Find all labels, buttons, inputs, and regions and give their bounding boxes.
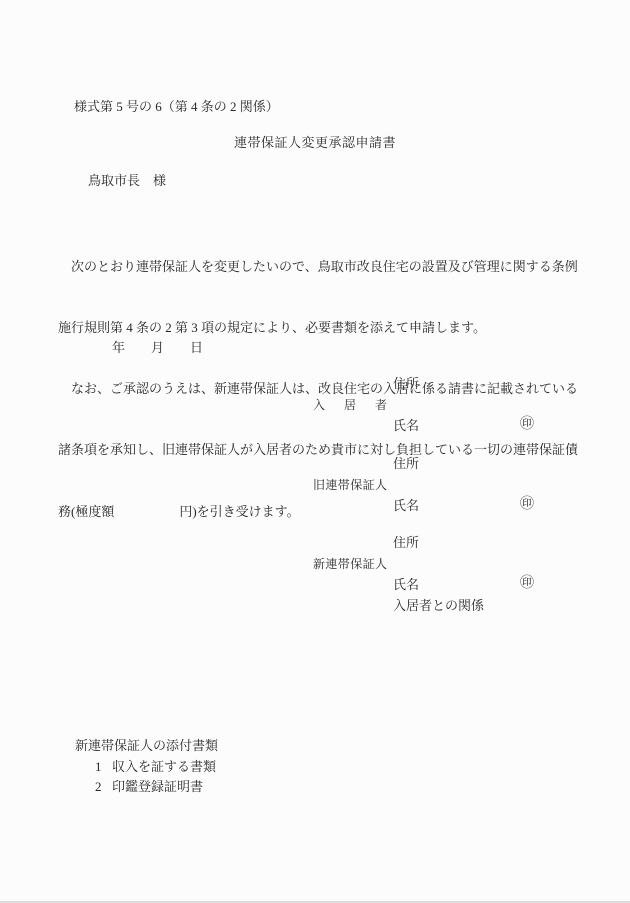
attachments-heading: 新連帯保証人の添付書類 bbox=[75, 739, 218, 752]
body-line: 施行規則第 4 条の 2 第 3 項の規定により、必要書類を添えて申請します。 bbox=[58, 318, 580, 338]
body-line: 諸条項を承知し、旧連帯保証人が入居者のため貴市に対し負担している一切の連帯保証債 bbox=[58, 440, 580, 460]
date-line: 年 月 日 bbox=[112, 341, 203, 354]
new-guarantor-address-label: 住所 bbox=[393, 536, 419, 549]
tenant-role-text: 入居者 bbox=[313, 399, 387, 411]
form-number: 様式第 5 号の 6（第 4 条の 2 関係） bbox=[74, 100, 279, 113]
old-guarantor-seal-mark-icon: ㊞ bbox=[520, 498, 534, 512]
body-line: 務(極度額 円)を引き受けます。 bbox=[58, 502, 580, 522]
attachment-item: 1収入を証する書類 bbox=[95, 760, 216, 773]
tenant-name-label: 氏名 bbox=[393, 419, 419, 432]
new-guarantor-role-label: 新連帯保証人 bbox=[313, 557, 387, 570]
body-line: 次のとおり連帯保証人を変更したいので、鳥取市改良住宅の設置及び管理に関する条例 bbox=[58, 257, 580, 277]
tenant-seal-mark-icon: ㊞ bbox=[520, 418, 534, 432]
new-guarantor-role-text: 新連帯保証人 bbox=[313, 558, 387, 570]
body-paragraph: 次のとおり連帯保証人を変更したいので、鳥取市改良住宅の設置及び管理に関する条例 … bbox=[58, 216, 580, 563]
body-line: なお、ご承認のうえは、新連帯保証人は、改良住宅の入居に係る請書に記載されている bbox=[58, 379, 580, 399]
new-guarantor-relationship-label: 入居者との関係 bbox=[393, 599, 484, 612]
attachment-item-number: 2 bbox=[95, 780, 112, 793]
addressee: 鳥取市長 様 bbox=[88, 174, 166, 187]
tenant-address-label: 住所 bbox=[393, 377, 419, 390]
old-guarantor-role-label: 旧連帯保証人 bbox=[313, 478, 387, 491]
document-title: 連帯保証人変更承認申請書 bbox=[0, 136, 630, 149]
tenant-role-label: 入居者 bbox=[313, 398, 387, 411]
old-guarantor-address-label: 住所 bbox=[393, 457, 419, 470]
new-guarantor-name-label: 氏名 bbox=[393, 578, 419, 591]
attachment-item-label: 印鑑登録証明書 bbox=[112, 779, 203, 794]
old-guarantor-role-text: 旧連帯保証人 bbox=[313, 479, 387, 491]
new-guarantor-seal-mark-icon: ㊞ bbox=[520, 577, 534, 591]
attachment-item: 2印鑑登録証明書 bbox=[95, 780, 203, 793]
attachment-item-number: 1 bbox=[95, 760, 112, 773]
old-guarantor-name-label: 氏名 bbox=[393, 499, 419, 512]
document-page: 様式第 5 号の 6（第 4 条の 2 関係） 連帯保証人変更承認申請書 鳥取市… bbox=[0, 0, 630, 903]
attachment-item-label: 収入を証する書類 bbox=[112, 759, 216, 774]
